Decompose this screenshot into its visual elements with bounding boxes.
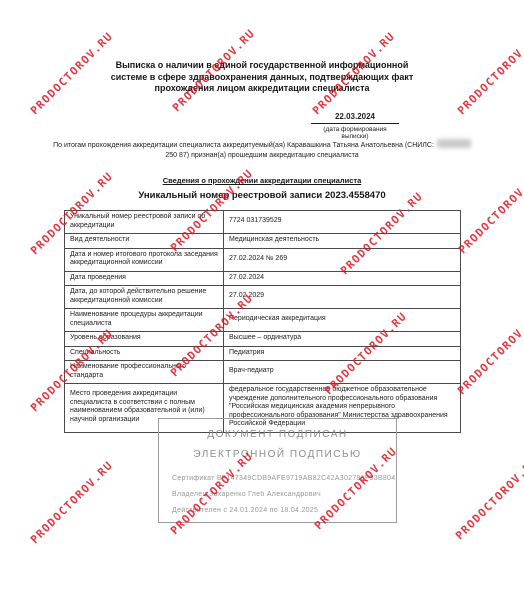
watermark-text: PRODOCTOROV.RU — [453, 455, 524, 543]
row-label: Вид деятельности — [65, 234, 224, 249]
stamp-validity: Действителен с 24.01.2024 по 18.04.2025 — [172, 507, 396, 514]
document-title: Выписка о наличии в единой государственн… — [62, 60, 462, 95]
row-value: 7724 031739529 — [224, 211, 461, 234]
extract-date: 22.03.2024 — [311, 112, 399, 124]
table-row: СпециальностьПедиатрия — [65, 346, 461, 361]
table-row: Наименование процедуры аккредитации спец… — [65, 309, 461, 332]
table-row: Вид деятельностиМедицинская деятельность — [65, 234, 461, 249]
accreditation-table-body: Уникальный номер реестровой записи об ак… — [65, 211, 461, 433]
row-label: Дата и номер итогового протокола заседан… — [65, 248, 224, 271]
extract-date-caption: (дата формирования выписки) — [311, 124, 399, 140]
row-value: Педиатрия — [224, 346, 461, 361]
intro-line-2: 250 87) признан(а) прошедшим аккредитаци… — [30, 151, 494, 161]
row-value: 27.02.2024 № 269 — [224, 248, 461, 271]
row-label: Специальность — [65, 346, 224, 361]
table-row: Уникальный номер реестровой записи об ак… — [65, 211, 461, 234]
row-label: Наименование процедуры аккредитации спец… — [65, 309, 224, 332]
watermark-text: PRODOCTOROV.RU — [455, 310, 524, 398]
intro-line-1: По итогам прохождения аккредитации специ… — [30, 139, 494, 151]
intro-paragraph: По итогам прохождения аккредитации специ… — [30, 139, 494, 161]
watermark-text: PRODOCTOROV.RU — [28, 459, 116, 547]
document-title-line: прохождения лицом аккредитации специалис… — [62, 83, 462, 95]
table-row: Уровень образованияВысшее – ординатура — [65, 332, 461, 347]
document-title-line: системе в сфере здравоохранения данных, … — [62, 72, 462, 84]
stamp-heading-line-1: ДОКУМЕНТ ПОДПИСАН — [159, 429, 396, 440]
extract-date-block: 22.03.2024 (дата формирования выписки) — [311, 112, 399, 140]
table-row: Дата, до которой действительно решение а… — [65, 286, 461, 309]
row-label: Уникальный номер реестровой записи об ак… — [65, 211, 224, 234]
row-label: Дата, до которой действительно решение а… — [65, 286, 224, 309]
row-value: Высшее – ординатура — [224, 332, 461, 347]
document-page: PRODOCTOROV.RUPRODOCTOROV.RUPRODOCTOROV.… — [0, 0, 524, 600]
digital-signature-stamp: ДОКУМЕНТ ПОДПИСАН ЭЛЕКТРОННОЙ ПОДПИСЬЮ С… — [158, 418, 397, 523]
table-row: Дата и номер итогового протокола заседан… — [65, 248, 461, 271]
row-label: Уровень образования — [65, 332, 224, 347]
document-title-line: Выписка о наличии в единой государственн… — [62, 60, 462, 72]
stamp-heading-line-2: ЭЛЕКТРОННОЙ ПОДПИСЬЮ — [159, 449, 396, 460]
table-row: Дата проведения27.02.2024 — [65, 271, 461, 286]
stamp-owner: Владелец Захаренко Глеб Александрович — [172, 491, 396, 498]
snils-redaction-blur — [437, 139, 471, 148]
row-label: Наименование профессионального стандарта — [65, 361, 224, 384]
row-value: Периодическая аккредитация — [224, 309, 461, 332]
row-value: Медицинская деятельность — [224, 234, 461, 249]
watermark-text: PRODOCTOROV.RU — [455, 30, 524, 118]
table-row: Наименование профессионального стандарта… — [65, 361, 461, 384]
intro-text-1: По итогам прохождения аккредитации специ… — [53, 142, 434, 149]
row-value: Врач-педиатр — [224, 361, 461, 384]
section-heading: Сведения о прохождении аккредитации спец… — [0, 176, 524, 185]
row-value: 27.02.2029 — [224, 286, 461, 309]
accreditation-table: Уникальный номер реестровой записи об ак… — [64, 210, 461, 433]
row-value: 27.02.2024 — [224, 271, 461, 286]
row-label: Дата проведения — [65, 271, 224, 286]
stamp-certificate: Сертификат BF147349CDB9AFE9719AB82C42A30… — [172, 475, 396, 482]
registry-record-number: Уникальный номер реестровой записи 2023.… — [0, 190, 524, 201]
